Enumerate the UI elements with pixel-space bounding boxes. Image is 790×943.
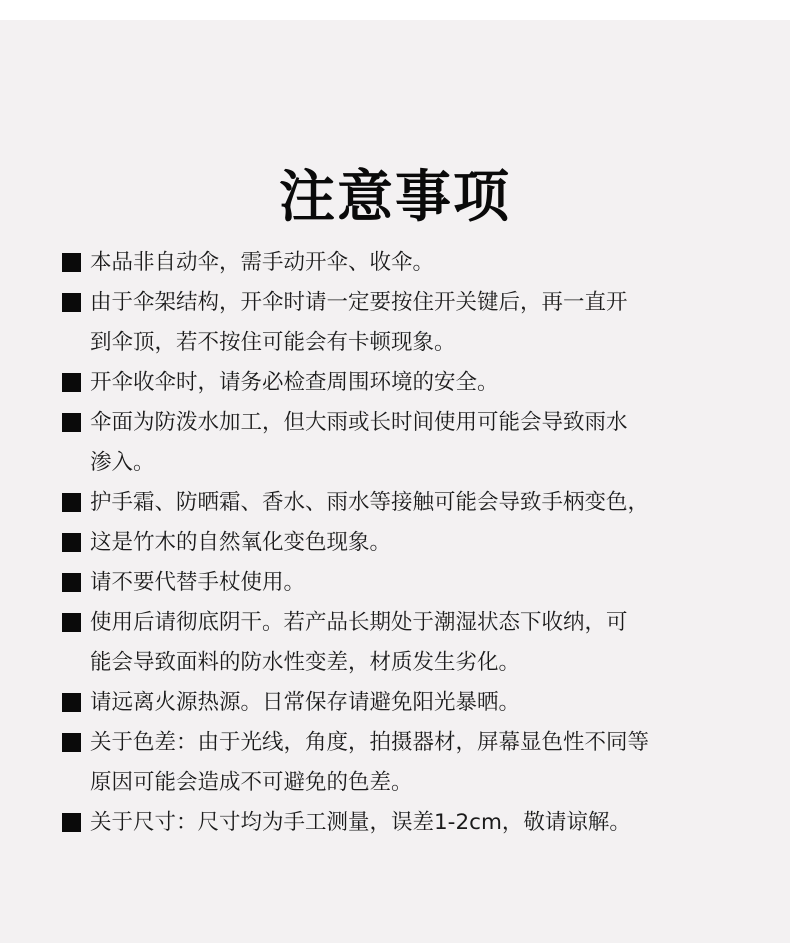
square-bullet-icon [62,413,81,432]
note-item: 本品非自动伞，需手动开伞、收伞。 [62,243,752,283]
note-text: 使用后请彻底阴干。若产品长期处于潮湿状态下收纳，可 能会导致面料的防水性变差，材… [90,610,628,675]
square-bullet-icon [62,613,81,632]
note-text: 伞面为防泼水加工，但大雨或长时间使用可能会导致雨水 渗入。 [90,410,628,475]
note-item: 关于尺寸：尺寸均为手工测量，误差1-2cm，敬请谅解。 [62,803,752,843]
note-item: 使用后请彻底阴干。若产品长期处于潮湿状态下收纳，可 能会导致面料的防水性变差，材… [62,603,752,683]
note-item: 护手霜、防晒霜、香水、雨水等接触可能会导致手柄变色， [62,483,752,523]
square-bullet-icon [62,373,81,392]
square-bullet-icon [62,493,81,512]
notes-list: 本品非自动伞，需手动开伞、收伞。 由于伞架结构，开伞时请一定要按住开关键后，再一… [62,243,752,843]
note-item: 开伞收伞时，请务必检查周围环境的安全。 [62,363,752,403]
square-bullet-icon [62,573,81,592]
note-item: 这是竹木的自然氧化变色现象。 [62,523,752,563]
note-text: 由于伞架结构，开伞时请一定要按住开关键后，再一直开 到伞顶，若不按住可能会有卡顿… [90,290,628,355]
note-text: 这是竹木的自然氧化变色现象。 [90,530,391,555]
square-bullet-icon [62,293,81,312]
note-text: 关于色差：由于光线，角度，拍摄器材，屏幕显色性不同等 原因可能会造成不可避免的色… [90,730,649,795]
note-item: 请远离火源热源。日常保存请避免阳光暴晒。 [62,683,752,723]
note-item: 关于色差：由于光线，角度，拍摄器材，屏幕显色性不同等 原因可能会造成不可避免的色… [62,723,752,803]
note-text: 关于尺寸：尺寸均为手工测量，误差1-2cm，敬请谅解。 [90,810,631,835]
note-item: 请不要代替手杖使用。 [62,563,752,603]
square-bullet-icon [62,533,81,552]
note-text: 开伞收伞时，请务必检查周围环境的安全。 [90,370,499,395]
square-bullet-icon [62,693,81,712]
square-bullet-icon [62,733,81,752]
note-text: 请不要代替手杖使用。 [90,570,305,595]
note-text: 护手霜、防晒霜、香水、雨水等接触可能会导致手柄变色， [90,490,649,515]
square-bullet-icon [62,253,81,272]
page-title: 注意事项 [0,163,790,233]
note-item: 由于伞架结构，开伞时请一定要按住开关键后，再一直开 到伞顶，若不按住可能会有卡顿… [62,283,752,363]
note-item: 伞面为防泼水加工，但大雨或长时间使用可能会导致雨水 渗入。 [62,403,752,483]
note-text: 请远离火源热源。日常保存请避免阳光暴晒。 [90,690,520,715]
square-bullet-icon [62,813,81,832]
note-text: 本品非自动伞，需手动开伞、收伞。 [90,250,434,275]
